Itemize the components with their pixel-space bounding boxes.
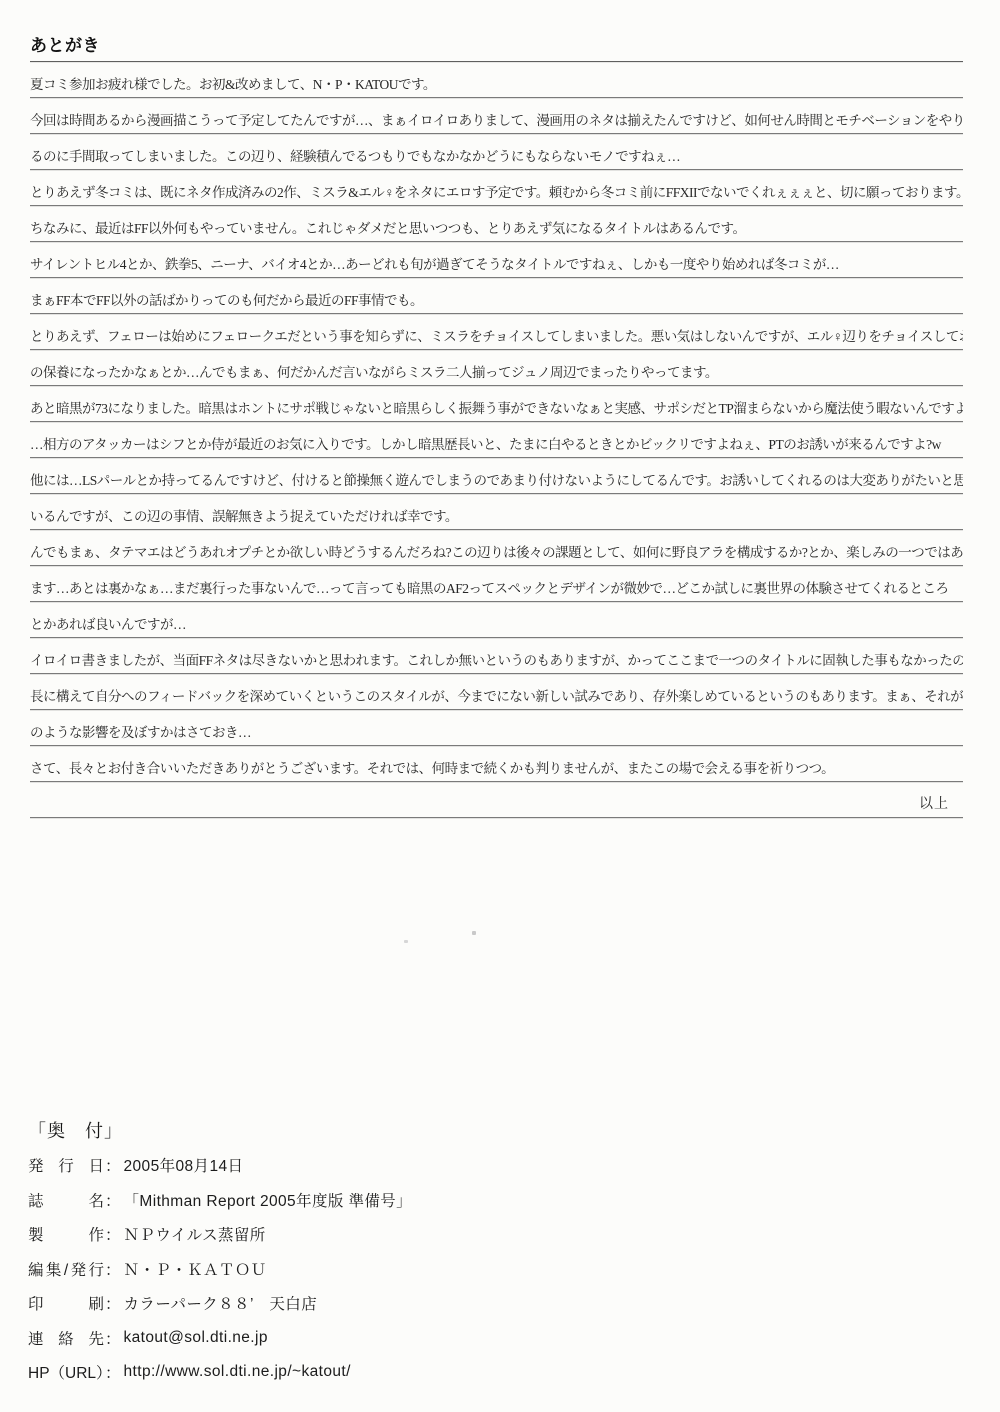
afterword-line: のような影響を及ぼすかはさておき… (30, 710, 963, 746)
colophon-row: 製作 ： ＮＰウイルス蒸留所 (28, 1217, 412, 1252)
colophon-separator: ： (105, 1327, 121, 1349)
colophon-label: 印刷 (28, 1292, 104, 1314)
afterword-line: るのに手間取ってしまいました。この辺り、経験積んでるつもりでもなかなかどうにもな… (30, 134, 963, 170)
colophon-section: 「奥 付」 発行日 ： 2005年08月14日 誌名 ： 「Mithman Re… (28, 1112, 412, 1390)
colophon-row: 連絡先 ： katout@sol.dti.ne.jp (28, 1321, 412, 1356)
scan-speck (404, 940, 408, 943)
afterword-line: さて、長々とお付き合いいただきありがとうございます。それでは、何時まで続くかも判… (30, 746, 963, 782)
colophon-separator: ： (105, 1361, 121, 1383)
colophon-separator: ： (105, 1292, 121, 1314)
colophon-separator: ： (105, 1189, 121, 1211)
afterword-line: んでもまぁ、タテマエはどうあれオプチとか欲しい時どうするんだろね?この辺りは後々… (30, 530, 963, 566)
afterword-line: 今回は時間あるから漫画描こうって予定してたんですが…、まぁイロイロありまして、漫… (30, 98, 963, 134)
scan-speck (472, 931, 476, 935)
afterword-line: とりあえず冬コミは、既にネタ作成済みの2作、ミスラ&エル♀をネタにエロす予定です… (30, 170, 963, 206)
afterword-line: あと暗黒が73になりました。暗黒はホントにサポ戦じゃないと暗黒らしく振舞う事がで… (30, 386, 963, 422)
afterword-line: とりあえず、フェローは始めにフェロークエだという事を知らずに、ミスラをチョイスし… (30, 314, 963, 350)
colophon-value: ＮＰウイルス蒸留所 (124, 1223, 266, 1245)
afterword-line: ちなみに、最近はFF以外何もやっていません。これじゃダメだと思いつつも、とりあえ… (30, 206, 963, 242)
afterword-body: 夏コミ参加お疲れ様でした。お初&改めまして、N・P・KATOUです。今回は時間あ… (30, 62, 963, 782)
afterword-line: の保養になったかなぁとか…んでもまぁ、何だかんだ言いながらミスラ二人揃ってジュノ… (30, 350, 963, 386)
colophon-separator: ： (105, 1154, 121, 1176)
colophon-label: 編集/発行 (28, 1258, 104, 1280)
colophon-row: 印刷 ： カラーパーク８８’ 天白店 (28, 1286, 412, 1321)
colophon-label: 誌名 (28, 1189, 104, 1211)
colophon-label: HP（URL） (28, 1361, 104, 1383)
afterword-line: イロイロ書きましたが、当面FFネタは尽きないかと思われます。これしか無いというの… (30, 638, 963, 674)
colophon-value: 2005年08月14日 (124, 1154, 244, 1176)
colophon-row: 誌名 ： 「Mithman Report 2005年度版 準備号」 (28, 1183, 412, 1218)
colophon-title: 「奥 付」 (28, 1112, 412, 1148)
scanned-afterword-page: あとがき 夏コミ参加お疲れ様でした。お初&改めまして、N・P・KATOUです。今… (0, 0, 1000, 1412)
colophon-separator: ： (105, 1258, 121, 1280)
colophon-label: 連絡先 (28, 1327, 104, 1349)
afterword-line: まぁFF本でFF以外の話ばかりってのも何だから最近のFF事情でも。 (30, 278, 963, 314)
afterword-section: あとがき 夏コミ参加お疲れ様でした。お初&改めまして、N・P・KATOUです。今… (30, 28, 963, 818)
colophon-row: 編集/発行 ： Ｎ・Ｐ・ＫＡＴＯＵ (28, 1252, 412, 1287)
colophon-value: Ｎ・Ｐ・ＫＡＴＯＵ (124, 1258, 267, 1280)
afterword-line: 長に構えて自分へのフィードバックを深めていくというこのスタイルが、今までにない新… (30, 674, 963, 710)
afterword-line: とかあれば良いんですが… (30, 602, 963, 638)
afterword-heading: あとがき (30, 28, 963, 62)
colophon-value: katout@sol.dti.ne.jp (124, 1329, 268, 1347)
colophon-row: HP（URL） ： http://www.sol.dti.ne.jp/~kato… (28, 1355, 412, 1390)
afterword-line: ます…あとは裏かなぁ…まだ裏行った事ないんで…って言っても暗黒のAF2ってスペッ… (30, 566, 963, 602)
colophon-value: http://www.sol.dti.ne.jp/~katout/ (124, 1363, 351, 1381)
colophon-rows: 発行日 ： 2005年08月14日 誌名 ： 「Mithman Report 2… (28, 1148, 412, 1390)
colophon-separator: ： (105, 1223, 121, 1245)
colophon-value: カラーパーク８８’ 天白店 (124, 1292, 318, 1314)
afterword-closing: 以上 (30, 782, 963, 818)
afterword-line: 夏コミ参加お疲れ様でした。お初&改めまして、N・P・KATOUです。 (30, 62, 963, 98)
colophon-row: 発行日 ： 2005年08月14日 (28, 1148, 412, 1183)
afterword-line: いるんですが、この辺の事情、誤解無きよう捉えていただければ幸です。 (30, 494, 963, 530)
colophon-value: 「Mithman Report 2005年度版 準備号」 (124, 1189, 413, 1211)
colophon-label: 発行日 (28, 1154, 104, 1176)
afterword-line: 他には…LSパールとか持ってるんですけど、付けると節操無く遊んでしまうのであまり… (30, 458, 963, 494)
afterword-line: …相方のアタッカーはシフとか侍が最近のお気に入りです。しかし暗黒歴長いと、たまに… (30, 422, 963, 458)
afterword-line: サイレントヒル4とか、鉄拳5、ニーナ、バイオ4とか…あーどれも旬が過ぎてそうなタ… (30, 242, 963, 278)
colophon-label: 製作 (28, 1223, 104, 1245)
